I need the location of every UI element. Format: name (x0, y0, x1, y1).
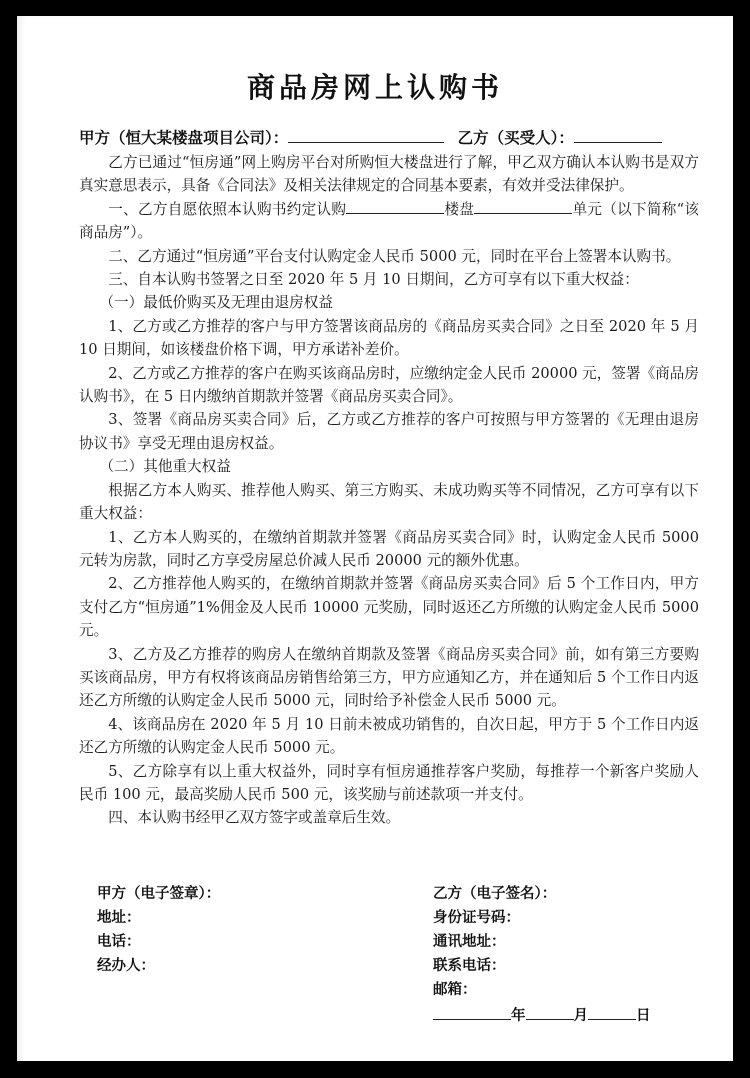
clause-1-prefix: 一、乙方自愿依照本认购书约定认购 (108, 201, 346, 218)
party-a-label: 甲方（恒大某楼盘项目公司）： (79, 129, 288, 147)
party-a-handler-label: 经办人： (97, 954, 220, 978)
day-label: 日 (636, 1008, 651, 1024)
party-b-sign-label: 乙方（电子签名）： (433, 882, 651, 906)
day-blank[interactable] (588, 1004, 636, 1020)
section-1-item: 3、签署《商品房买卖合同》后，乙方或乙方推荐的客户可按照与甲方签署的《无理由退房… (79, 408, 699, 455)
contract-body: 乙方已通过“恒房通”网上购房平台对所购恒大楼盘进行了解，甲乙双方确认本认购书是双… (79, 151, 699, 830)
section-2-item: 5、乙方除享有以上重大权益外，同时享有恒房通推荐客户奖励，每推荐一个新客户奖励人… (79, 760, 699, 807)
party-b-id-label: 身份证号码： (433, 906, 651, 930)
party-a-signature-block: 甲方（电子签章）： 地址： 电话： 经办人： (97, 882, 220, 978)
clause-3: 三、自本认购书签署之日至 2020 年 5 月 10 日期间，乙方可享有以下重大… (79, 268, 699, 291)
building-blank[interactable] (346, 199, 444, 214)
year-label: 年 (511, 1008, 526, 1024)
party-b-contact-phone-label: 联系电话： (433, 954, 651, 978)
section-2-intro: 根据乙方本人购买、推荐他人购买、第三方购买、未成功购买等不同情况，乙方可享有以下… (79, 479, 699, 526)
party-a-blank[interactable] (288, 127, 444, 143)
party-b-blank[interactable] (574, 127, 662, 143)
document-title: 商品房网上认购书 (17, 66, 733, 106)
section-1-item: 1、乙方或乙方推荐的客户与甲方签署该商品房的《商品房买卖合同》之日至 2020 … (79, 315, 699, 362)
section-1-heading: （一）最低价购买及无理由退房权益 (79, 291, 699, 314)
contract-page: 商品房网上认购书 甲方（恒大某楼盘项目公司）： 乙方（买受人）： 乙方已通过“恒… (17, 16, 733, 1061)
month-label: 月 (574, 1008, 589, 1024)
section-1-item: 2、乙方或乙方推荐的客户在购买该商品房时，应缴纳定金人民币 20000 元，签署… (79, 362, 699, 409)
clause-1-mid: 楼盘 (444, 201, 474, 218)
section-2-item: 2、乙方推荐他人购买的，在缴纳首期款并签署《商品房买卖合同》后 5 个工作日内，… (79, 572, 699, 642)
clause-1: 一、乙方自愿依照本认购书约定认购楼盘单元（以下简称“该商品房”）。 (79, 198, 699, 245)
section-2-item: 3、乙方及乙方推荐的购房人在缴纳首期款及签署《商品房买卖合同》前，如有第三方要购… (79, 643, 699, 713)
section-2-heading: （二）其他重大权益 (79, 455, 699, 478)
month-blank[interactable] (526, 1004, 574, 1020)
party-b-email-label: 邮箱： (433, 978, 651, 1002)
party-b-mail-address-label: 通讯地址： (433, 930, 651, 954)
clause-2: 二、乙方通过“恒房通”平台支付认购定金人民币 5000 元，同时在平台上签署本认… (79, 245, 699, 268)
unit-blank[interactable] (474, 199, 572, 214)
section-2-item: 4、该商品房在 2020 年 5 月 10 日前未被成功销售的，自次日起，甲方于… (79, 713, 699, 760)
party-b-label: 乙方（买受人）： (458, 129, 574, 147)
section-2-item: 1、乙方本人购买的，在缴纳首期款并签署《商品房买卖合同》时，认购定金人民币 50… (79, 526, 699, 573)
party-a-sign-label: 甲方（电子签章）： (97, 882, 220, 906)
parties-line: 甲方（恒大某楼盘项目公司）： 乙方（买受人）： (79, 126, 699, 148)
party-a-phone-label: 电话： (97, 930, 220, 954)
intro-paragraph: 乙方已通过“恒房通”网上购房平台对所购恒大楼盘进行了解，甲乙双方确认本认购书是双… (79, 151, 699, 198)
clause-4: 四、本认购书经甲乙双方签字或盖章后生效。 (79, 806, 699, 829)
date-line: 年月日 (433, 1004, 651, 1028)
year-blank[interactable] (433, 1004, 511, 1020)
party-a-address-label: 地址： (97, 906, 220, 930)
party-b-signature-block: 乙方（电子签名）： 身份证号码： 通讯地址： 联系电话： 邮箱： 年月日 (433, 882, 651, 1028)
